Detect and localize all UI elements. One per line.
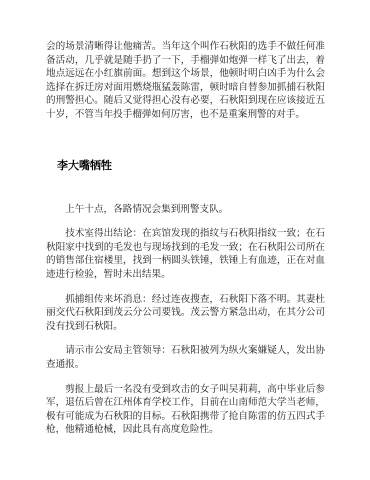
book-page: 会的场景清晰得让他痛苦。当年这个叫作石秋阳的选手不做任何准备活动，几乎就是随手扔… bbox=[0, 0, 370, 480]
chapter-title: 李大嘴牺牲 bbox=[46, 159, 325, 173]
paragraph: 上午十点，各路情况会集到刑警支队。 bbox=[46, 203, 325, 217]
paragraph: 技术室得出结论：在宾馆发现的指纹与石秋阳指纹一致；在石秋阳家中找到的毛发也与现场… bbox=[46, 227, 325, 281]
paragraph: 剪报上最后一名没有受到攻击的女子叫吴莉莉，高中毕业后参军，退伍后曾在江州体育学校… bbox=[46, 383, 325, 437]
paragraph-continuation: 会的场景清晰得让他痛苦。当年这个叫作石秋阳的选手不做任何准备活动，几乎就是随手扔… bbox=[46, 40, 325, 122]
paragraph: 请示市公安局主管领导：石秋阳被列为纵火案嫌疑人，发出协查通报。 bbox=[46, 344, 325, 371]
paragraph: 抓捕组传来坏消息：经过连夜搜查，石秋阳下落不明。其妻杜丽交代石秋阳到茂云分公司要… bbox=[46, 293, 325, 334]
